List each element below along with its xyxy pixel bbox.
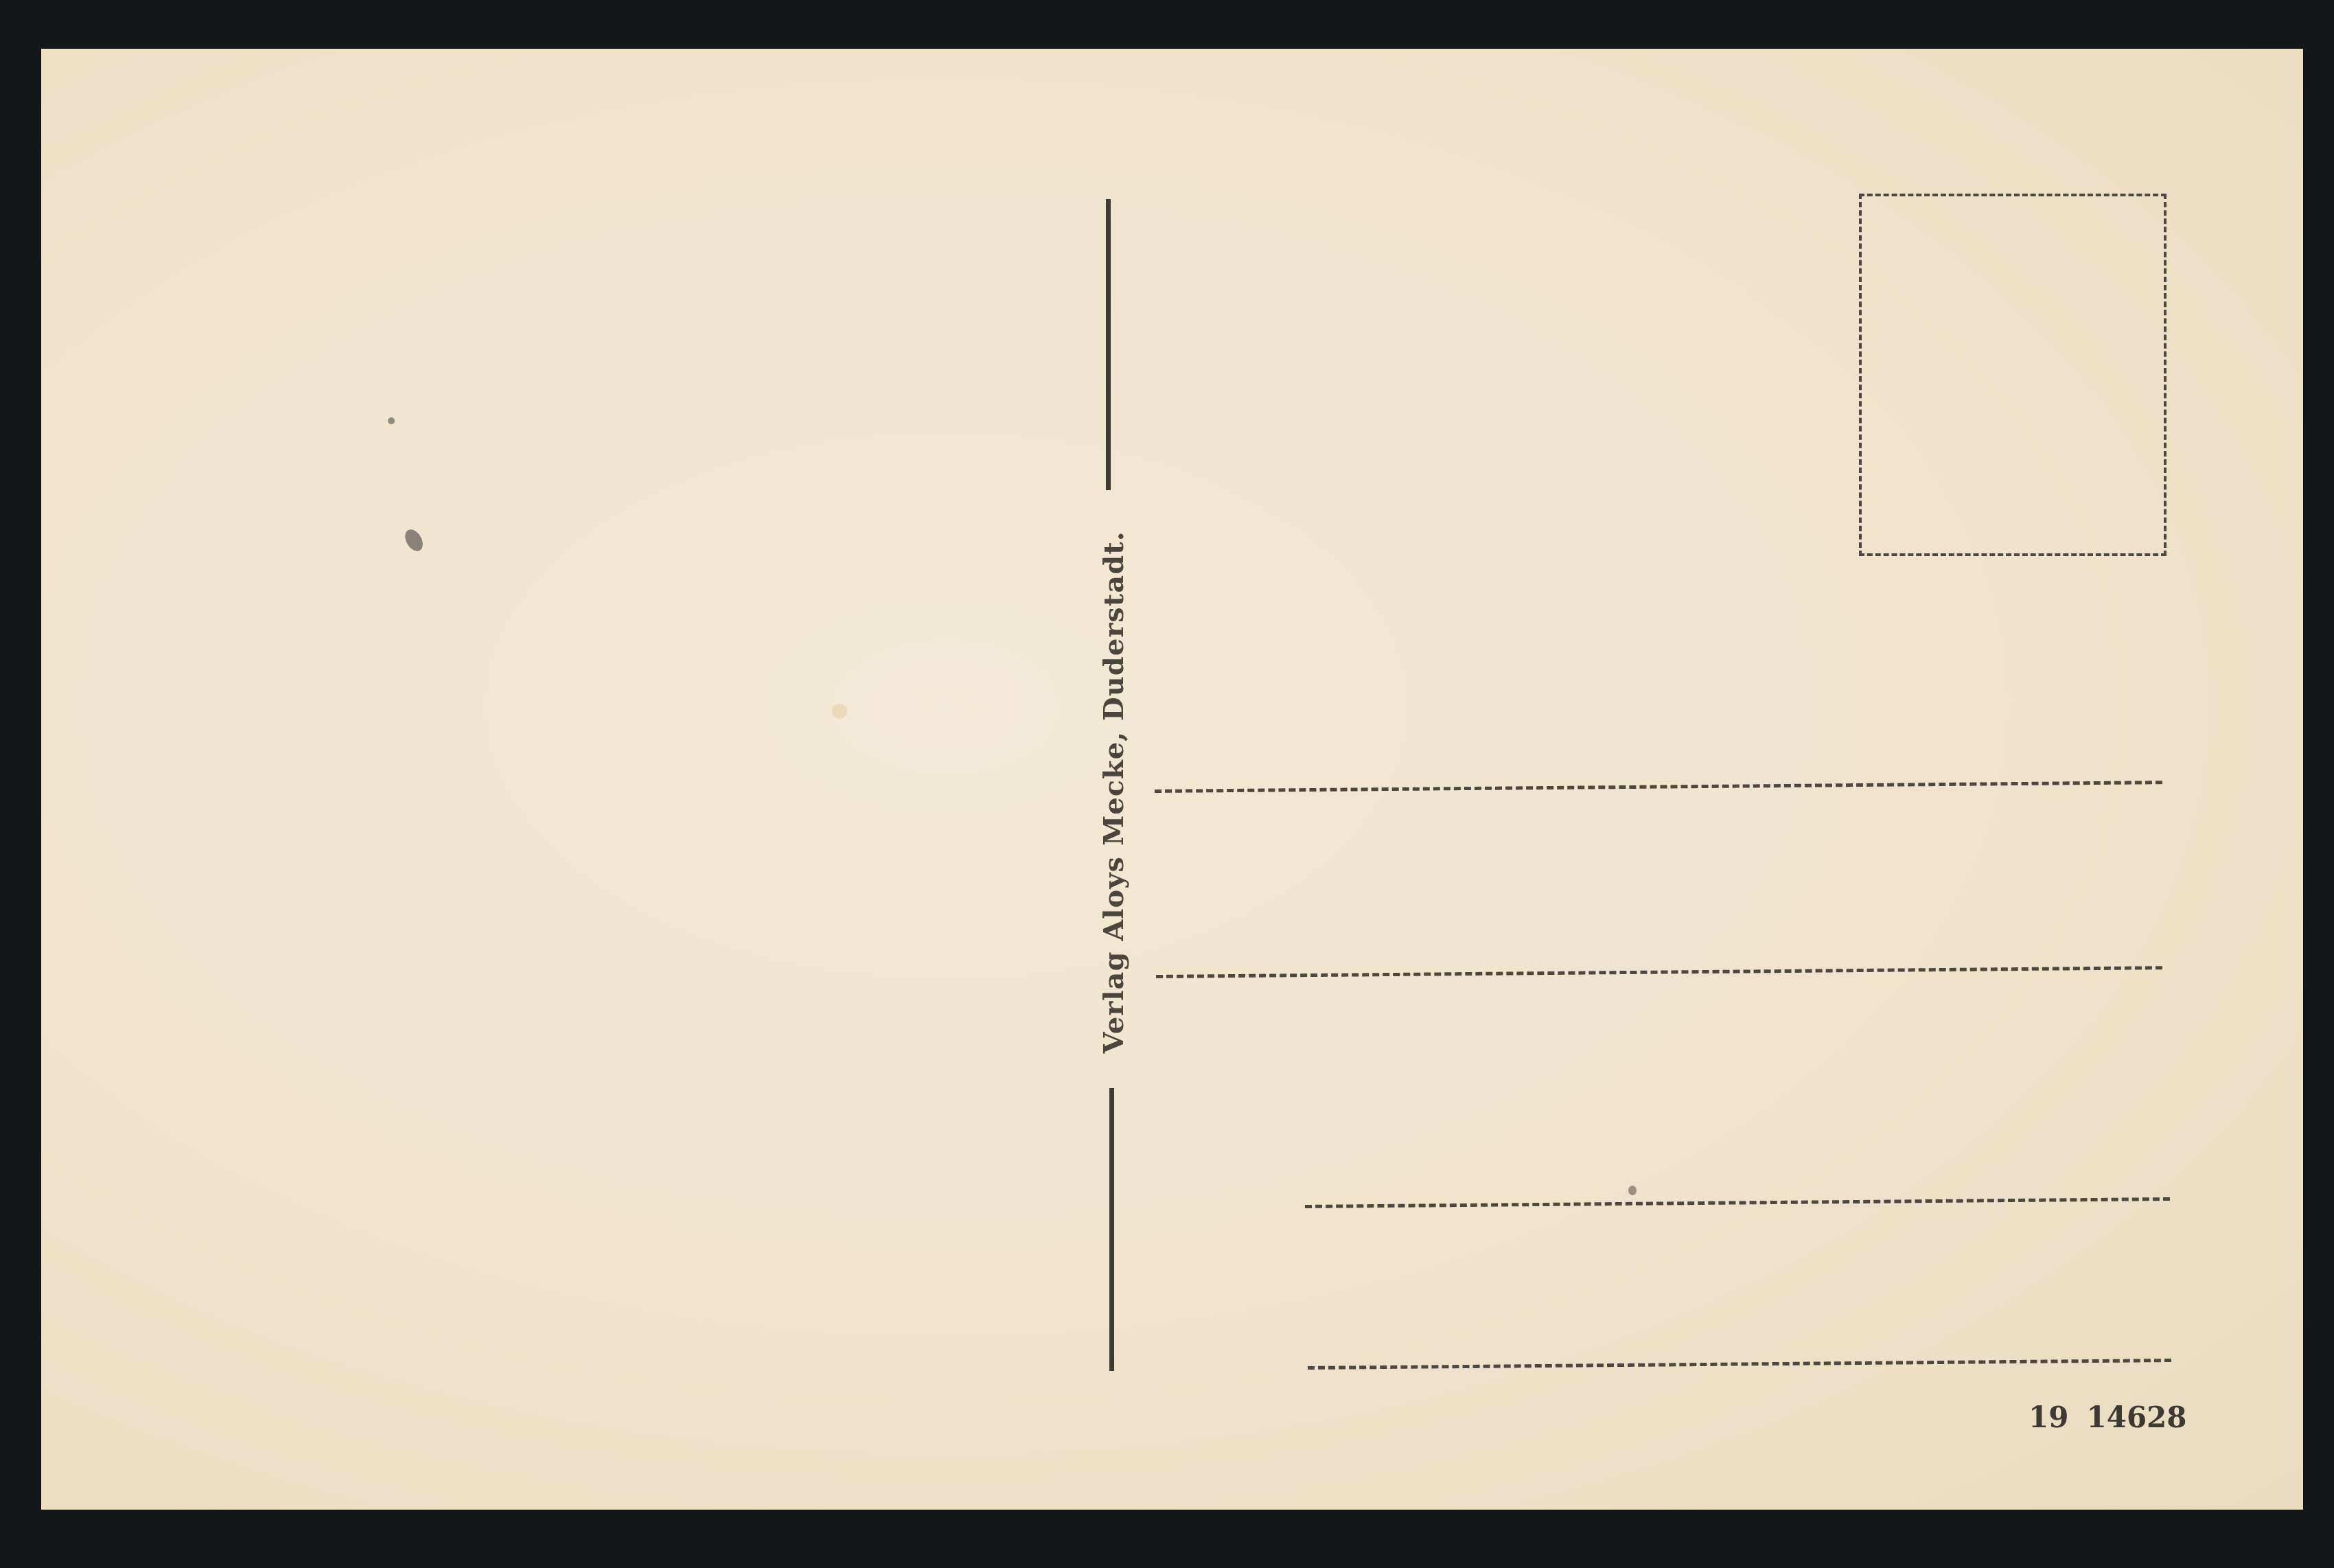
paper-stain (388, 417, 395, 424)
paper-stain (832, 704, 847, 719)
divider-line-top (1106, 199, 1111, 490)
divider-line-bottom (1109, 1088, 1114, 1371)
stamp-box (1859, 194, 2167, 556)
publisher-imprint: Verlag Aloys Mecke, Duderstadt. (1098, 531, 1130, 1053)
serial-value: 14628 (2086, 1400, 2186, 1434)
paper-stain (1628, 1186, 1637, 1195)
serial-number: 1914628 (2029, 1400, 2187, 1434)
serial-prefix: 19 (2029, 1400, 2068, 1434)
